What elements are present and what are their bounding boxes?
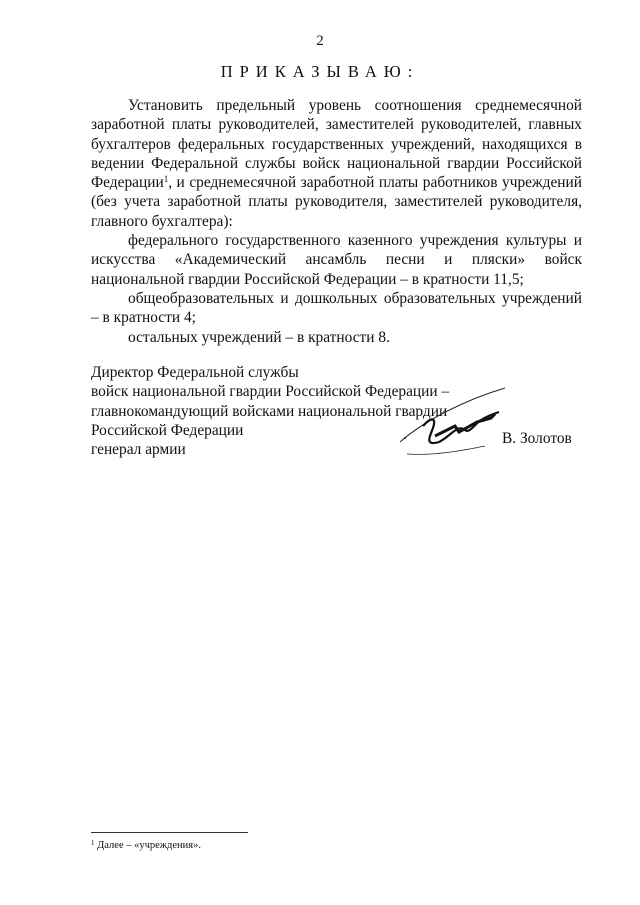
footnote-divider	[91, 832, 248, 833]
paragraph-item-schools: общеобразовательных и дошкольных образов…	[91, 289, 582, 328]
order-heading: ПРИКАЗЫВАЮ:	[0, 62, 640, 82]
page-number: 2	[0, 33, 640, 50]
order-body: Установить предельный уровень соотношени…	[91, 96, 582, 347]
footnote-text: Далее – «учреждения».	[95, 840, 202, 851]
paragraph-intro: Установить предельный уровень соотношени…	[91, 96, 582, 231]
paragraph-item-ensemble: федерального государственного казенного …	[91, 231, 582, 289]
paragraph-item-other: остальных учреждений – в кратности 8.	[91, 328, 582, 347]
footnote: 1 Далее – «учреждения».	[91, 840, 201, 851]
handwritten-signature-icon	[395, 380, 515, 460]
signer-name: В. Золотов	[502, 430, 572, 448]
